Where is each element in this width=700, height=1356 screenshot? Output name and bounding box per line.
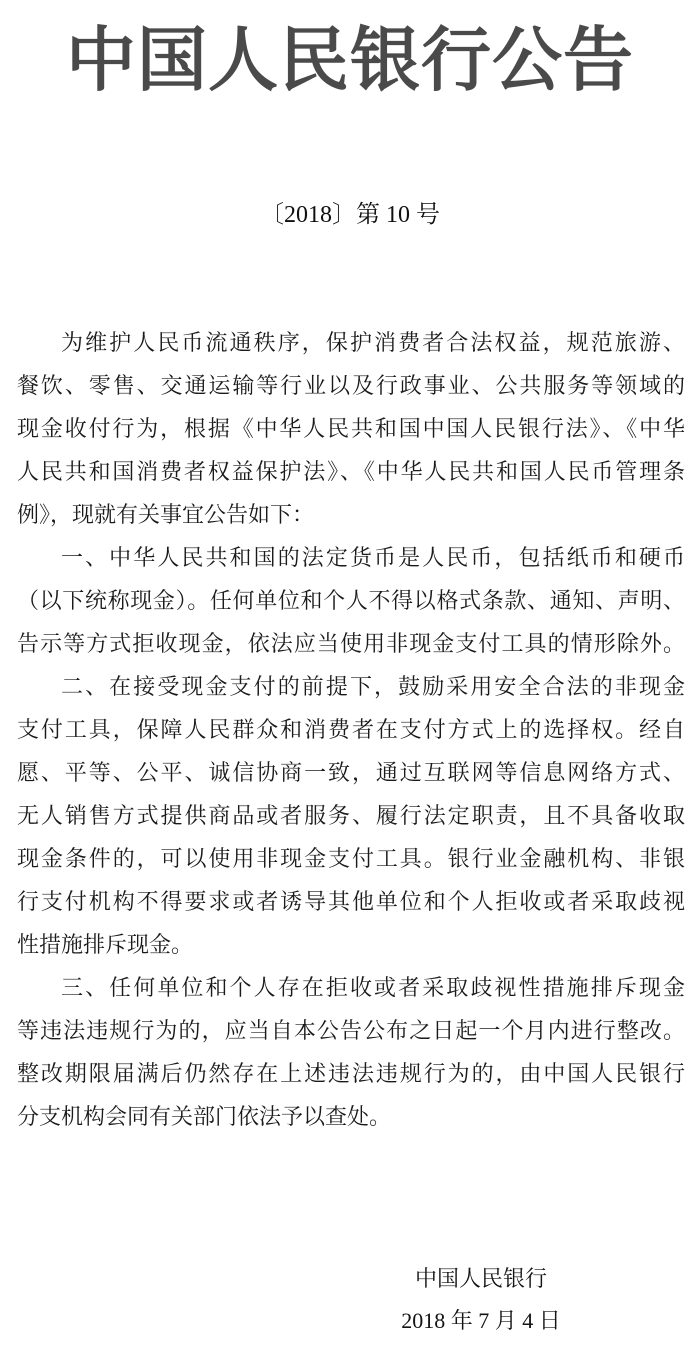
signature-block: 中国人民银行 2018 年 7 月 4 日 [351, 1258, 611, 1342]
body-line: 整改期限届满后仍然存在上述违法违规行为的，由中国人民银行 [17, 1052, 685, 1095]
body-line: 为维护人民币流通秩序，保护消费者合法权益，规范旅游、 [17, 321, 685, 364]
announcement-document: 中国人民银行公告 〔2018〕第 10 号 为维护人民币流通秩序，保护消费者合法… [0, 0, 700, 1356]
issuer-signature: 中国人民银行 [351, 1258, 611, 1300]
body-line: 分支机构会同有关部门依法予以查处。 [17, 1095, 685, 1138]
body-line: 现金收付行为，根据《中华人民共和国中国人民银行法》、《中华 [17, 407, 685, 450]
body-line: 现金条件的，可以使用非现金支付工具。银行业金融机构、非银 [17, 837, 685, 880]
body-line: 性措施排斥现金。 [17, 923, 685, 966]
document-title: 中国人民银行公告 [0, 10, 700, 114]
document-body: 为维护人民币流通秩序，保护消费者合法权益，规范旅游、 餐饮、零售、交通运输等行业… [17, 321, 685, 1138]
body-line: 告示等方式拒收现金，依法应当使用非现金支付工具的情形除外。 [17, 622, 685, 665]
body-line: 二、在接受现金支付的前提下，鼓励采用安全合法的非现金 [17, 665, 685, 708]
body-line: 三、任何单位和个人存在拒收或者采取歧视性措施排斥现金 [17, 966, 685, 1009]
body-line: （以下统称现金）。任何单位和个人不得以格式条款、通知、声明、 [17, 579, 685, 622]
body-line: 等违法违规行为的，应当自本公告公布之日起一个月内进行整改。 [17, 1009, 685, 1052]
body-line: 无人销售方式提供商品或者服务、履行法定职责，且不具备收取 [17, 794, 685, 837]
body-line: 人民共和国消费者权益保护法》、《中华人民共和国人民币管理条 [17, 450, 685, 493]
body-line: 例》，现就有关事宜公告如下： [17, 493, 685, 536]
document-number: 〔2018〕第 10 号 [0, 200, 700, 230]
body-line: 行支付机构不得要求或者诱导其他单位和个人拒收或者采取歧视 [17, 880, 685, 923]
body-line: 愿、平等、公平、诚信协商一致，通过互联网等信息网络方式、 [17, 751, 685, 794]
body-line: 一、中华人民共和国的法定货币是人民币，包括纸币和硬币 [17, 536, 685, 579]
body-line: 餐饮、零售、交通运输等行业以及行政事业、公共服务等领域的 [17, 364, 685, 407]
body-line: 支付工具，保障人民群众和消费者在支付方式上的选择权。经自 [17, 708, 685, 751]
issue-date: 2018 年 7 月 4 日 [351, 1300, 611, 1342]
